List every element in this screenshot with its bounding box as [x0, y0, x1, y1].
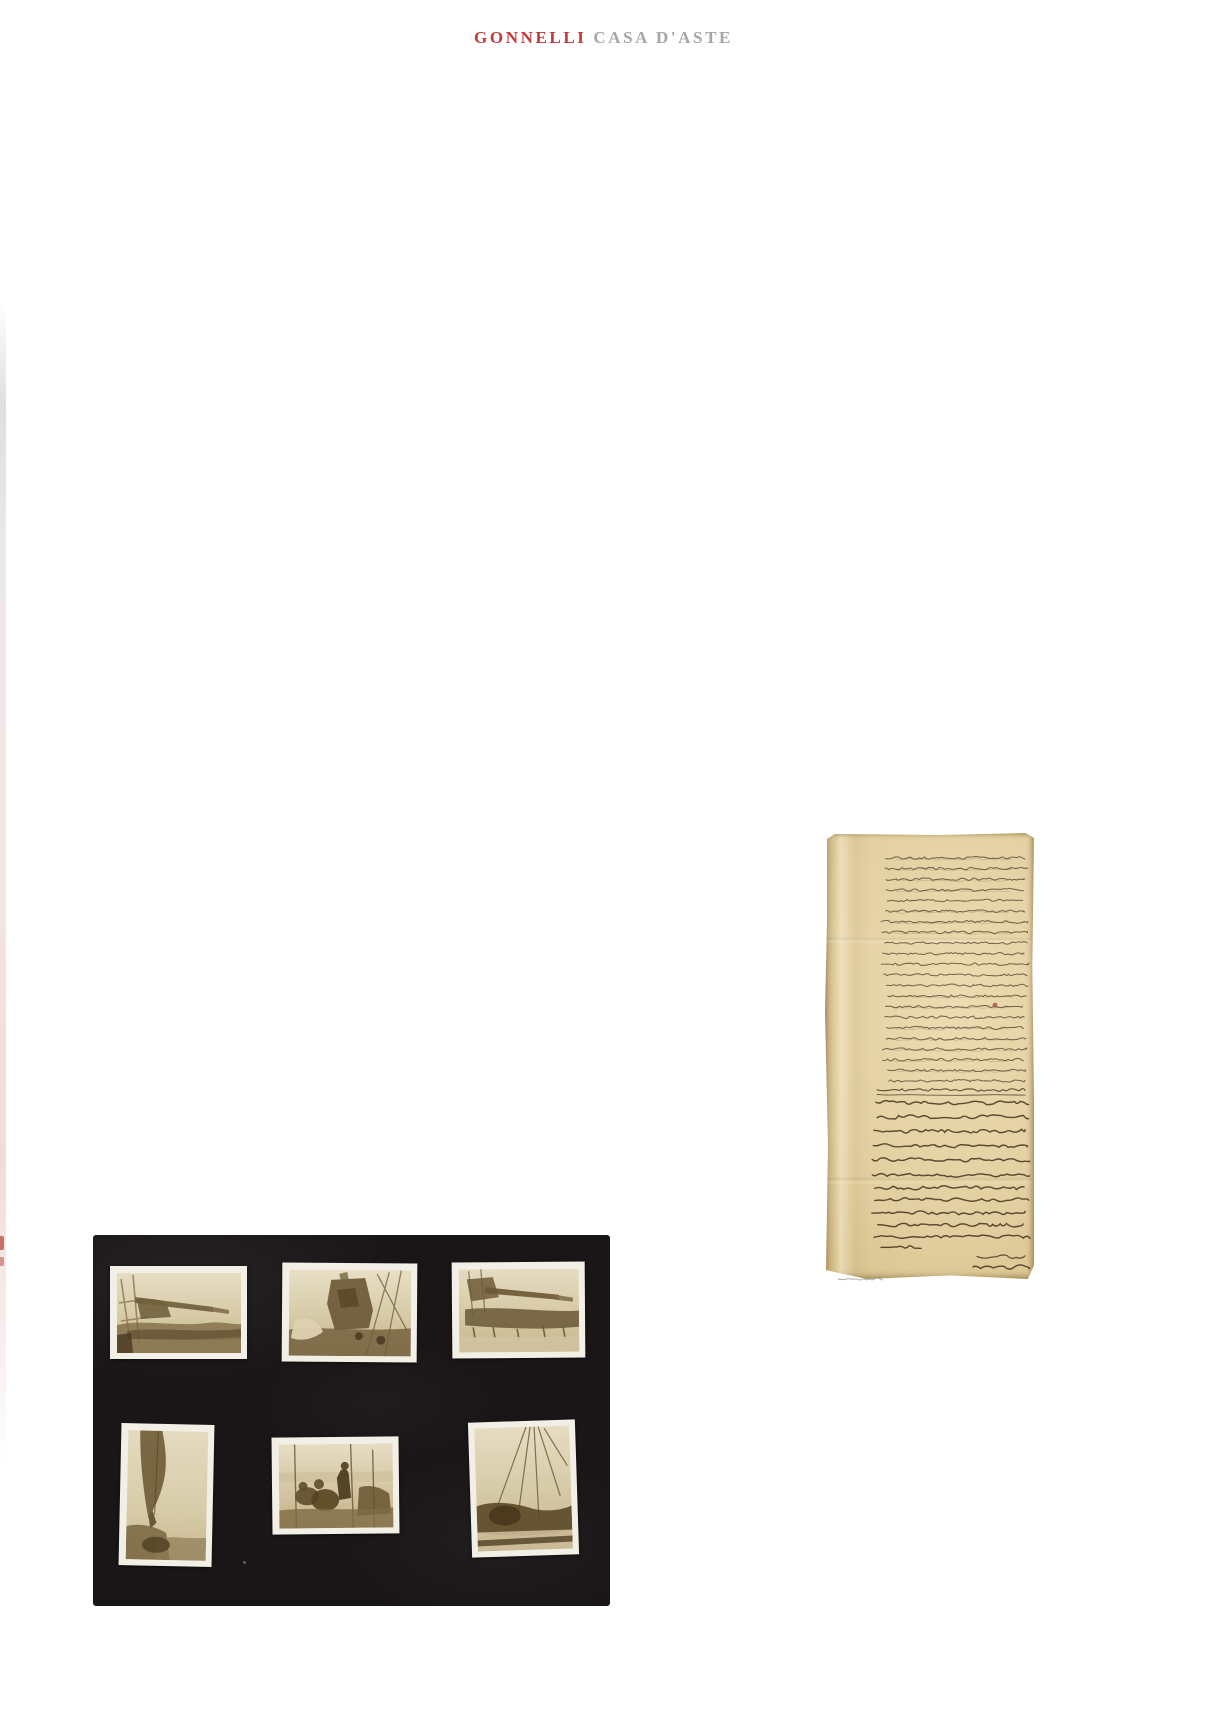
photo-image-turret-rigging: [288, 1269, 411, 1356]
manuscript-letter-figure: [825, 833, 1034, 1279]
red-edge-mark: [0, 1257, 4, 1266]
photo-image-hoisted-load: [125, 1430, 208, 1561]
album-photo-1: [110, 1266, 247, 1359]
photo-image-gun-pier: [458, 1268, 579, 1352]
photo-image-gun-crane: [117, 1273, 241, 1353]
letter-handwriting-svg: [825, 833, 1034, 1279]
photo-image-deck-crew: [278, 1443, 393, 1528]
scanner-edge-strip: [0, 300, 6, 1465]
pencil-annotation: [834, 1272, 888, 1286]
catalog-page: GONNELLI CASA D'ASTE: [0, 0, 1207, 1733]
photo-image-rigging-boat: [474, 1426, 573, 1552]
brand-suffix: CASA D'ASTE: [593, 28, 733, 47]
auction-house-header: GONNELLI CASA D'ASTE: [0, 29, 1207, 46]
album-photo-2: [282, 1263, 418, 1363]
brand-name: GONNELLI: [474, 28, 586, 47]
album-photo-4: [119, 1423, 215, 1567]
album-photo-6: [468, 1419, 579, 1557]
album-speck: [243, 1561, 246, 1564]
red-edge-mark: [0, 1236, 4, 1250]
album-page-figure: [93, 1235, 610, 1606]
album-photo-5: [271, 1436, 399, 1534]
album-photo-3: [452, 1262, 586, 1359]
